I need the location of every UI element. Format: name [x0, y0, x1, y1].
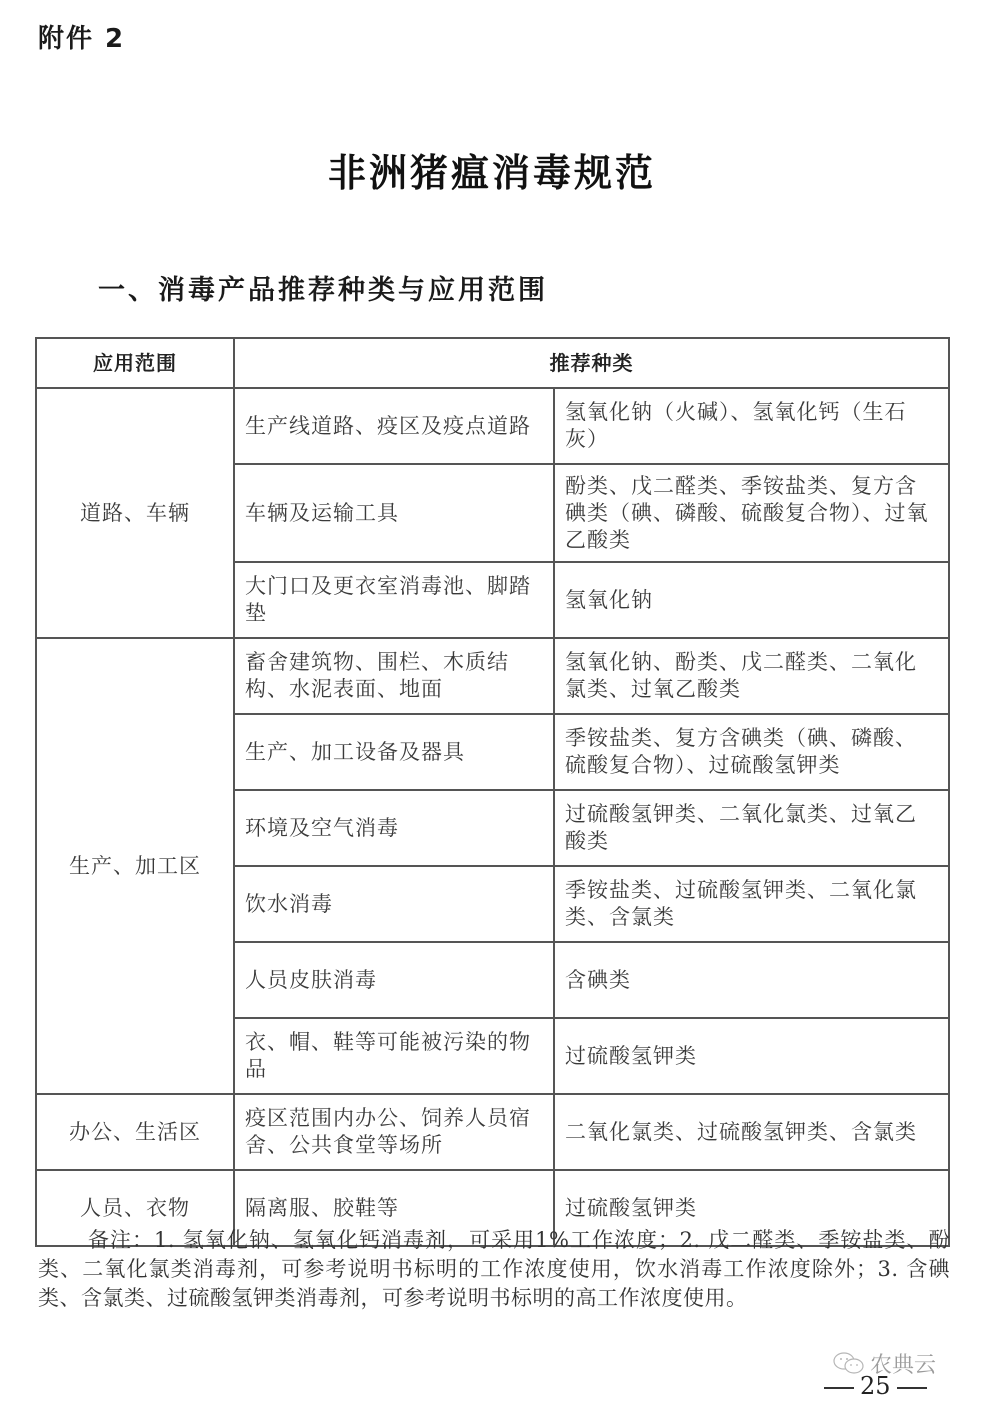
section-heading: 一、消毒产品推荐种类与应用范围	[98, 268, 548, 307]
types-cell: 含碘类	[554, 942, 949, 1018]
table-row: 办公、生活区 疫区范围内办公、饲养人员宿舍、公共食堂等场所 二氧化氯类、过硫酸氢…	[36, 1094, 949, 1170]
scope-cell: 车辆及运输工具	[234, 464, 554, 562]
types-cell: 二氧化氯类、过硫酸氢钾类、含氯类	[554, 1094, 949, 1170]
scope-cell: 生产、加工设备及器具	[234, 714, 554, 790]
column-header-types: 推荐种类	[234, 338, 949, 388]
column-header-area: 应用范围	[36, 338, 234, 388]
area-cell: 道路、车辆	[36, 388, 234, 638]
scope-cell: 畜舍建筑物、围栏、木质结构、水泥表面、地面	[234, 638, 554, 714]
watermark-text: 农典云	[870, 1348, 936, 1379]
types-cell: 氢氧化钠、酚类、戊二醛类、二氧化氯类、过氧乙酸类	[554, 638, 949, 714]
page-title: 非洲猪瘟消毒规范	[0, 142, 984, 197]
types-cell: 季铵盐类、复方含碘类（碘、磷酸、硫酸复合物）、过硫酸氢钾类	[554, 714, 949, 790]
types-cell: 季铵盐类、过硫酸氢钾类、二氧化氯类、含氯类	[554, 866, 949, 942]
table-notes: 备注：1. 氢氧化钠、氢氧化钙消毒剂，可采用1%工作浓度；2. 戊二醛类、季铵盐…	[38, 1226, 950, 1313]
page-dash-right	[897, 1387, 927, 1389]
scope-cell: 疫区范围内办公、饲养人员宿舍、公共食堂等场所	[234, 1094, 554, 1170]
scope-cell: 人员皮肤消毒	[234, 942, 554, 1018]
table-row: 生产、加工区 畜舍建筑物、围栏、木质结构、水泥表面、地面 氢氧化钠、酚类、戊二醛…	[36, 638, 949, 714]
page-dash-left	[824, 1387, 854, 1389]
attachment-label: 附件 2	[38, 18, 125, 55]
scope-cell: 衣、帽、鞋等可能被污染的物品	[234, 1018, 554, 1094]
area-cell: 办公、生活区	[36, 1094, 234, 1170]
types-cell: 氢氧化钠	[554, 562, 949, 638]
types-cell: 过硫酸氢钾类、二氧化氯类、过氧乙酸类	[554, 790, 949, 866]
scope-cell: 生产线道路、疫区及疫点道路	[234, 388, 554, 464]
types-cell: 氢氧化钠（火碱）、氢氧化钙（生石灰）	[554, 388, 949, 464]
types-cell: 过硫酸氢钾类	[554, 1018, 949, 1094]
scope-cell: 饮水消毒	[234, 866, 554, 942]
wechat-icon	[832, 1351, 866, 1377]
table-header-row: 应用范围 推荐种类	[36, 338, 949, 388]
watermark: 农典云	[832, 1348, 936, 1379]
table-row: 道路、车辆 生产线道路、疫区及疫点道路 氢氧化钠（火碱）、氢氧化钙（生石灰）	[36, 388, 949, 464]
scope-cell: 环境及空气消毒	[234, 790, 554, 866]
area-cell: 生产、加工区	[36, 638, 234, 1094]
scope-cell: 大门口及更衣室消毒池、脚踏垫	[234, 562, 554, 638]
types-cell: 酚类、戊二醛类、季铵盐类、复方含碘类（碘、磷酸、硫酸复合物）、过氧乙酸类	[554, 464, 949, 562]
disinfectant-table: 应用范围 推荐种类 道路、车辆 生产线道路、疫区及疫点道路 氢氧化钠（火碱）、氢…	[35, 337, 950, 1247]
